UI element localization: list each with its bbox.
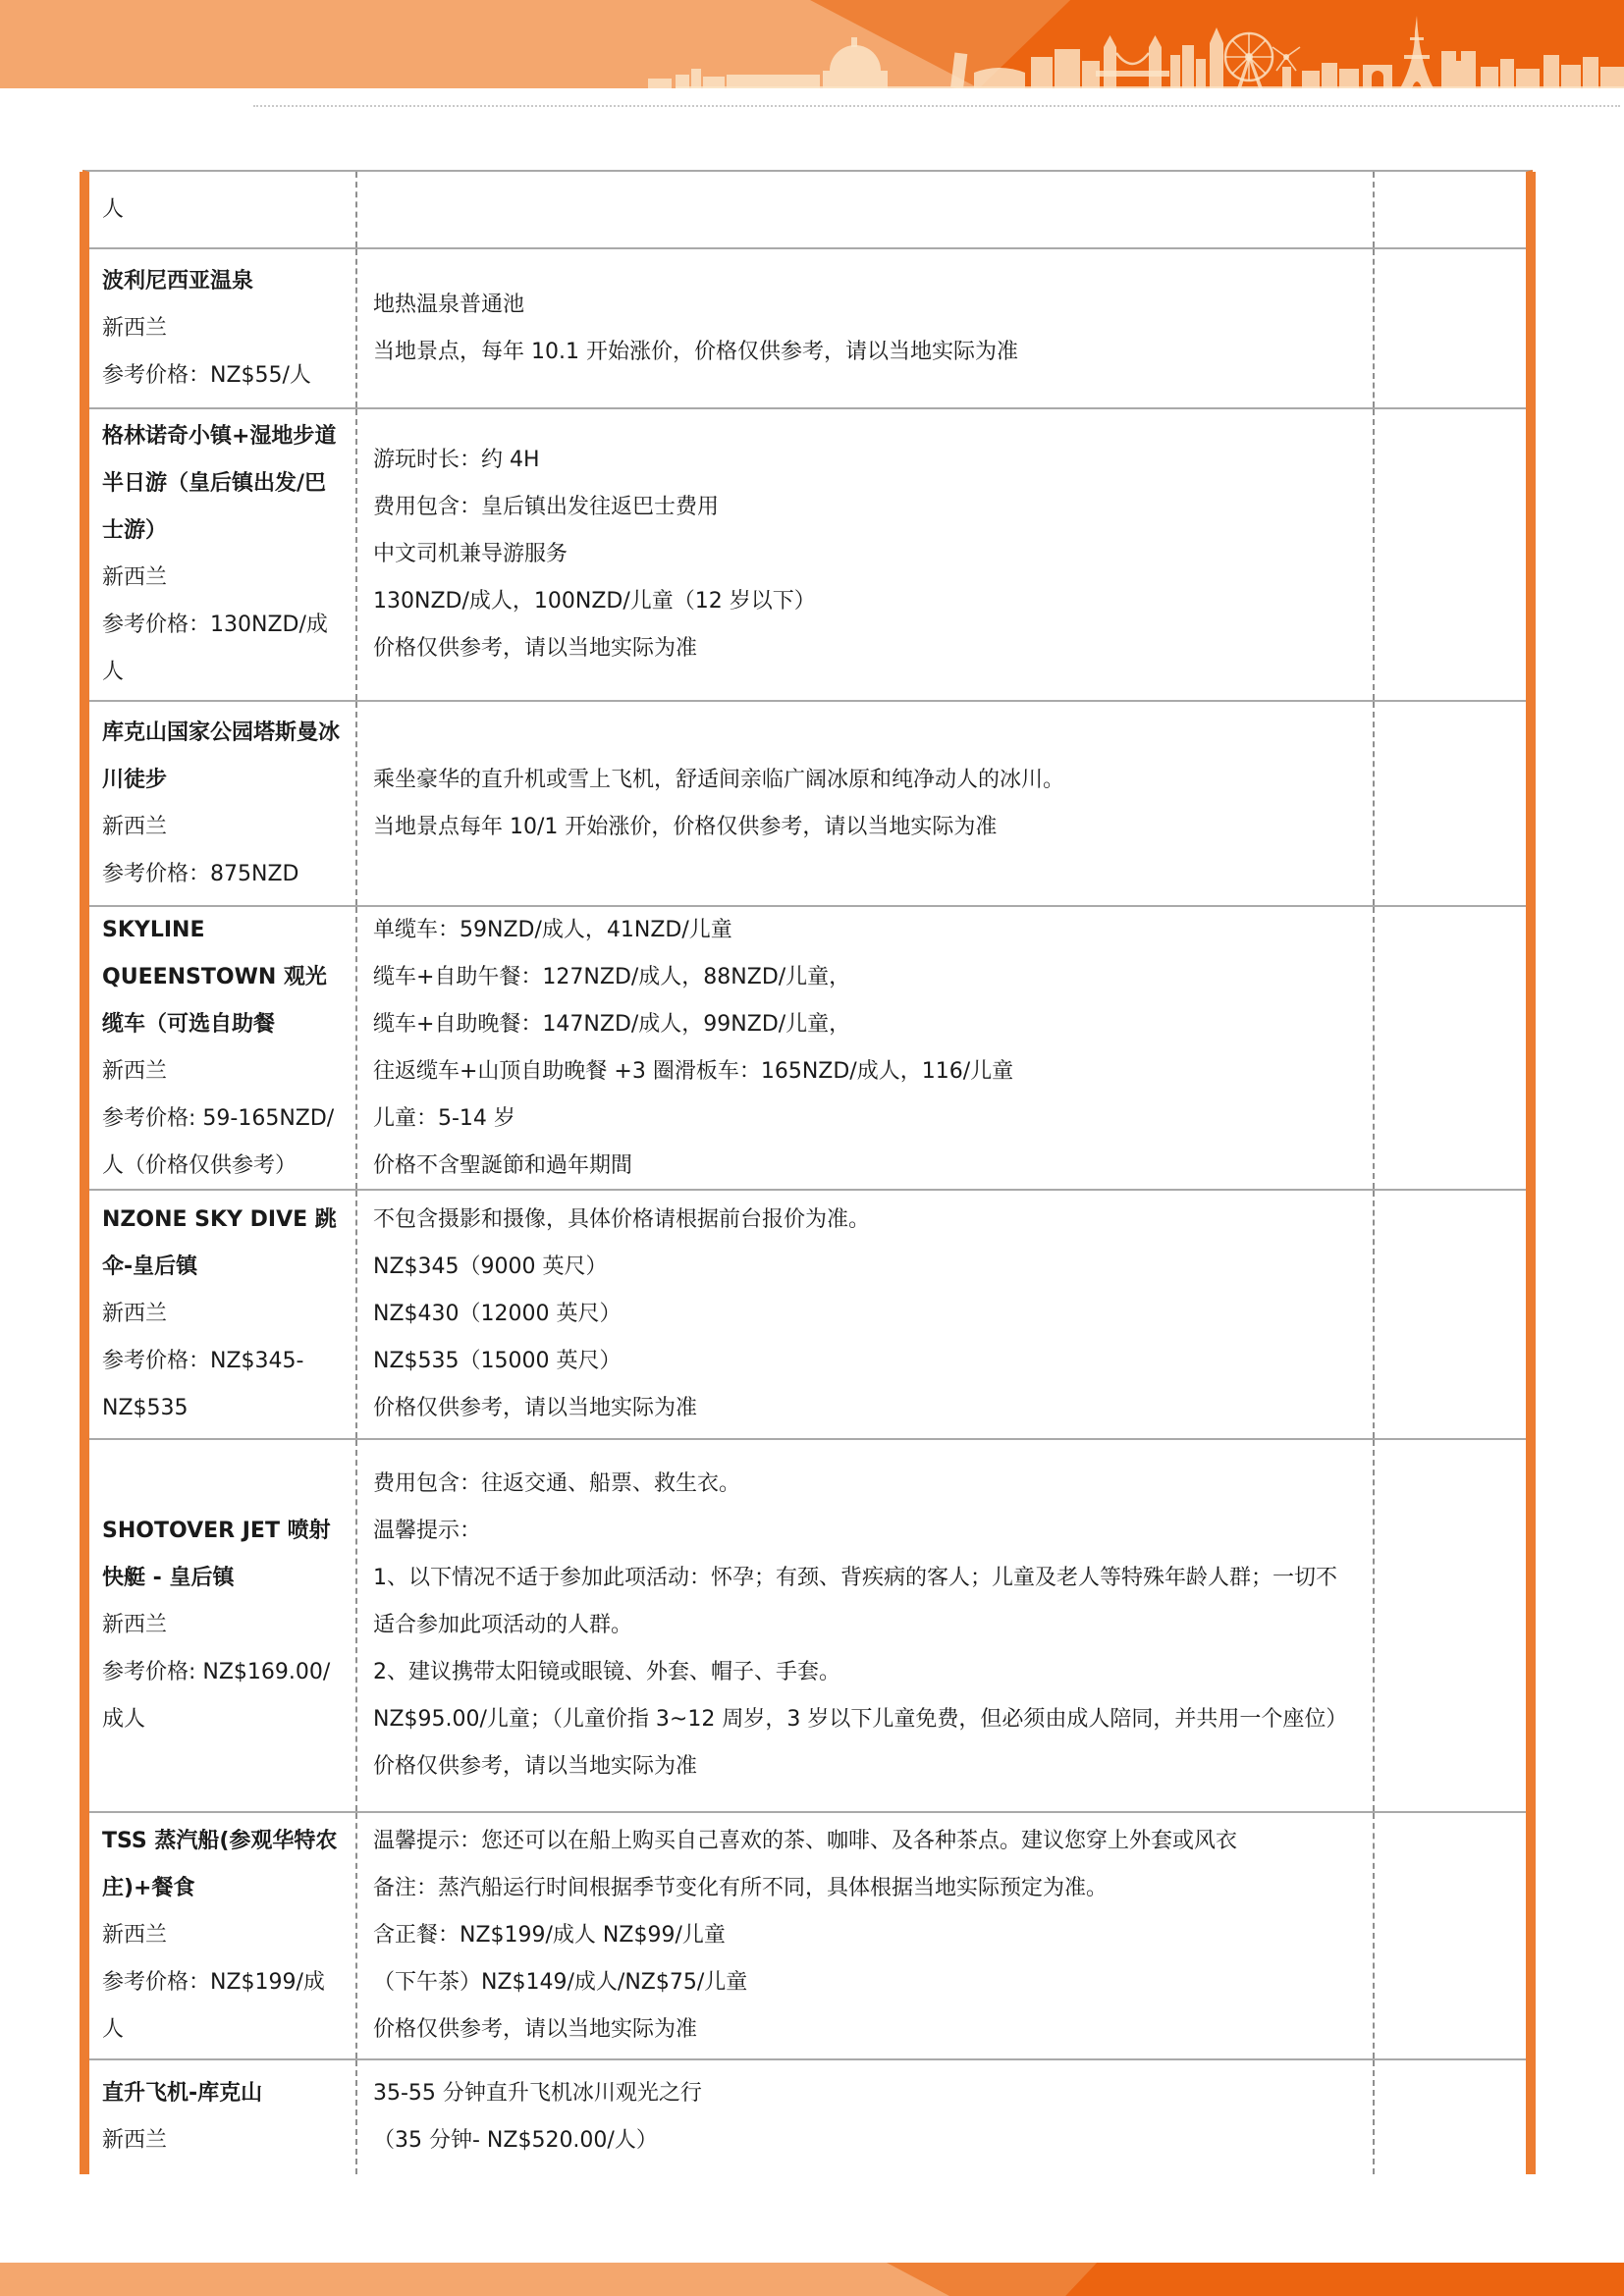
detail-line: NZ$535（15000 英尺）: [373, 1338, 1349, 1385]
notes-cell: [1375, 172, 1526, 247]
item-meta: 人: [102, 187, 340, 234]
pricing-table: 人 波利尼西亚温泉新西兰参考价格：NZ$55/人 地热温泉普通池当地景点，每年 …: [82, 170, 1533, 2174]
item-cell: SHOTOVER JET 喷射快艇 - 皇后镇新西兰参考价格: NZ$169.0…: [89, 1440, 357, 1811]
detail-line: 中文司机兼导游服务: [373, 531, 1349, 578]
item-title: TSS 蒸汽船(参观华特农庄)+餐食: [102, 1818, 340, 1912]
item-details-cell: 乘坐豪华的直升机或雪上飞机，舒适间亲临广阔冰原和纯净动人的冰川。当地景点每年 1…: [357, 702, 1375, 905]
item-cell: 人: [89, 172, 357, 247]
notes-cell: [1375, 249, 1526, 407]
detail-line: 缆车+自助午餐：127NZD/成人，88NZD/儿童，: [373, 954, 1349, 1001]
item-title: 直升飞机-库克山: [102, 2070, 340, 2117]
detail-line: NZ$430（12000 英尺）: [373, 1291, 1349, 1338]
item-title: SKYLINE QUEENSTOWN 观光缆车（可选自助餐: [102, 907, 340, 1048]
item-meta: 参考价格: 59-165NZD/人（价格仅供参考）: [102, 1095, 340, 1190]
detail-line: 当地景点，每年 10.1 开始涨价，价格仅供参考，请以当地实际为准: [373, 329, 1349, 376]
header-banner-graphic: [0, 0, 1624, 88]
table-row: NZONE SKY DIVE 跳伞-皇后镇新西兰参考价格：NZ$345-NZ$5…: [89, 1191, 1526, 1440]
item-title: SHOTOVER JET 喷射快艇 - 皇后镇: [102, 1508, 340, 1602]
detail-line: 价格仅供参考，请以当地实际为准: [373, 1743, 1349, 1790]
detail-line: 儿童：5-14 岁: [373, 1095, 1349, 1143]
header-banner: [0, 0, 1624, 88]
detail-line: 温馨提示：: [373, 1508, 1349, 1555]
item-cell: NZONE SKY DIVE 跳伞-皇后镇新西兰参考价格：NZ$345-NZ$5…: [89, 1191, 357, 1438]
detail-line: 乘坐豪华的直升机或雪上飞机，舒适间亲临广阔冰原和纯净动人的冰川。: [373, 757, 1349, 804]
table-row: TSS 蒸汽船(参观华特农庄)+餐食新西兰参考价格：NZ$199/成人 温馨提示…: [89, 1813, 1526, 2060]
item-title: 库克山国家公园塔斯曼冰川徒步: [102, 710, 340, 804]
item-cell: 库克山国家公园塔斯曼冰川徒步新西兰参考价格：875NZD: [89, 702, 357, 905]
detail-line: 缆车+自助晚餐：147NZD/成人，99NZD/儿童，: [373, 1001, 1349, 1048]
detail-line: 游玩时长：约 4H: [373, 437, 1349, 484]
table-row: 直升飞机-库克山新西兰 35-55 分钟直升飞机冰川观光之行（35 分钟- NZ…: [89, 2060, 1526, 2174]
item-cell: 直升飞机-库克山新西兰: [89, 2060, 357, 2174]
detail-line: 当地景点每年 10/1 开始涨价，价格仅供参考，请以当地实际为准: [373, 804, 1349, 851]
item-meta: 新西兰: [102, 305, 340, 352]
detail-line: 130NZD/成人，100NZD/儿童（12 岁以下）: [373, 578, 1349, 625]
table-row: SHOTOVER JET 喷射快艇 - 皇后镇新西兰参考价格: NZ$169.0…: [89, 1440, 1526, 1813]
detail-line: （下午茶）NZ$149/成人/NZ$75/儿童: [373, 1959, 1349, 2006]
item-meta: 新西兰: [102, 1048, 340, 1095]
item-meta: 参考价格: NZ$169.00/成人: [102, 1649, 340, 1743]
item-meta: 参考价格：875NZD: [102, 851, 340, 898]
notes-cell: [1375, 1440, 1526, 1811]
notes-cell: [1375, 702, 1526, 905]
item-meta: 参考价格：130NZD/成人: [102, 602, 340, 696]
item-details-cell: 温馨提示：您还可以在船上购买自己喜欢的茶、咖啡、及各种茶点。建议您穿上外套或风衣…: [357, 1813, 1375, 2058]
item-cell: SKYLINE QUEENSTOWN 观光缆车（可选自助餐新西兰参考价格: 59…: [89, 907, 357, 1189]
notes-cell: [1375, 2060, 1526, 2174]
footer-banner: [0, 2263, 1624, 2296]
item-meta: 参考价格：NZ$199/成人: [102, 1959, 340, 2054]
item-details-cell: 不包含摄影和摄像，具体价格请根据前台报价为准。NZ$345（9000 英尺）NZ…: [357, 1191, 1375, 1438]
detail-line: 价格不含聖誕節和過年期間: [373, 1143, 1349, 1190]
item-details-cell: 游玩时长：约 4H费用包含：皇后镇出发往返巴士费用中文司机兼导游服务130NZD…: [357, 409, 1375, 700]
item-meta: 新西兰: [102, 804, 340, 851]
table-row: 格林诺奇小镇+湿地步道半日游（皇后镇出发/巴士游）新西兰参考价格：130NZD/…: [89, 409, 1526, 702]
notes-cell: [1375, 1813, 1526, 2058]
detail-line: 2、建议携带太阳镜或眼镜、外套、帽子、手套。: [373, 1649, 1349, 1696]
detail-line: 单缆车：59NZD/成人，41NZD/儿童: [373, 907, 1349, 954]
detail-line: 地热温泉普通池: [373, 282, 1349, 329]
item-meta: 新西兰: [102, 1912, 340, 1959]
item-details-cell: 单缆车：59NZD/成人，41NZD/儿童缆车+自助午餐：127NZD/成人，8…: [357, 907, 1375, 1189]
detail-line: 价格仅供参考，请以当地实际为准: [373, 1385, 1349, 1432]
detail-line: 备注：蒸汽船运行时间根据季节变化有所不同，具体根据当地实际预定为准。: [373, 1865, 1349, 1912]
item-cell: 格林诺奇小镇+湿地步道半日游（皇后镇出发/巴士游）新西兰参考价格：130NZD/…: [89, 409, 357, 700]
item-details-cell: 地热温泉普通池当地景点，每年 10.1 开始涨价，价格仅供参考，请以当地实际为准: [357, 249, 1375, 407]
item-meta: 参考价格：NZ$345-NZ$535: [102, 1338, 340, 1432]
dotted-divider: [253, 105, 1620, 107]
item-meta: 新西兰: [102, 2117, 340, 2164]
detail-line: NZ$95.00/儿童；（儿童价指 3~12 周岁，3 岁以下儿童免费，但必须由…: [373, 1696, 1349, 1743]
detail-line: NZ$345（9000 英尺）: [373, 1244, 1349, 1291]
detail-line: 价格仅供参考，请以当地实际为准: [373, 2006, 1349, 2054]
detail-line: 温馨提示：您还可以在船上购买自己喜欢的茶、咖啡、及各种茶点。建议您穿上外套或风衣: [373, 1818, 1349, 1865]
detail-line: 往返缆车+山顶自助晚餐 +3 圈滑板车：165NZD/成人，116/儿童: [373, 1048, 1349, 1095]
detail-line: 费用包含：皇后镇出发往返巴士费用: [373, 484, 1349, 531]
item-meta: 参考价格：NZ$55/人: [102, 352, 340, 400]
table-row: 库克山国家公园塔斯曼冰川徒步新西兰参考价格：875NZD 乘坐豪华的直升机或雪上…: [89, 702, 1526, 907]
detail-line: 含正餐：NZ$199/成人 NZ$99/儿童: [373, 1912, 1349, 1959]
item-meta: 新西兰: [102, 1602, 340, 1649]
item-details-cell: 费用包含：往返交通、船票、救生衣。温馨提示：1、以下情况不适于参加此项活动：怀孕…: [357, 1440, 1375, 1811]
notes-cell: [1375, 409, 1526, 700]
detail-line: 费用包含：往返交通、船票、救生衣。: [373, 1461, 1349, 1508]
item-title: 格林诺奇小镇+湿地步道半日游（皇后镇出发/巴士游）: [102, 413, 340, 555]
table-row: 波利尼西亚温泉新西兰参考价格：NZ$55/人 地热温泉普通池当地景点，每年 10…: [89, 249, 1526, 409]
table-row: SKYLINE QUEENSTOWN 观光缆车（可选自助餐新西兰参考价格: 59…: [89, 907, 1526, 1191]
item-cell: 波利尼西亚温泉新西兰参考价格：NZ$55/人: [89, 249, 357, 407]
item-meta: 新西兰: [102, 1291, 340, 1338]
detail-line: （35 分钟- NZ$520.00/人）: [373, 2117, 1349, 2164]
item-title: 波利尼西亚温泉: [102, 258, 340, 305]
item-details-cell: [357, 172, 1375, 247]
table-row: 人: [89, 172, 1526, 249]
item-meta: 新西兰: [102, 555, 340, 602]
detail-line: 35-55 分钟直升飞机冰川观光之行: [373, 2070, 1349, 2117]
footer-banner-graphic: [0, 2263, 1624, 2296]
notes-cell: [1375, 907, 1526, 1189]
item-cell: TSS 蒸汽船(参观华特农庄)+餐食新西兰参考价格：NZ$199/成人: [89, 1813, 357, 2058]
detail-line: 不包含摄影和摄像，具体价格请根据前台报价为准。: [373, 1197, 1349, 1244]
item-details-cell: 35-55 分钟直升飞机冰川观光之行（35 分钟- NZ$520.00/人）: [357, 2060, 1375, 2174]
item-title: NZONE SKY DIVE 跳伞-皇后镇: [102, 1197, 340, 1291]
notes-cell: [1375, 1191, 1526, 1438]
detail-line: 1、以下情况不适于参加此项活动：怀孕；有颈、背疾病的客人；儿童及老人等特殊年龄人…: [373, 1555, 1349, 1649]
detail-line: 价格仅供参考，请以当地实际为准: [373, 625, 1349, 672]
